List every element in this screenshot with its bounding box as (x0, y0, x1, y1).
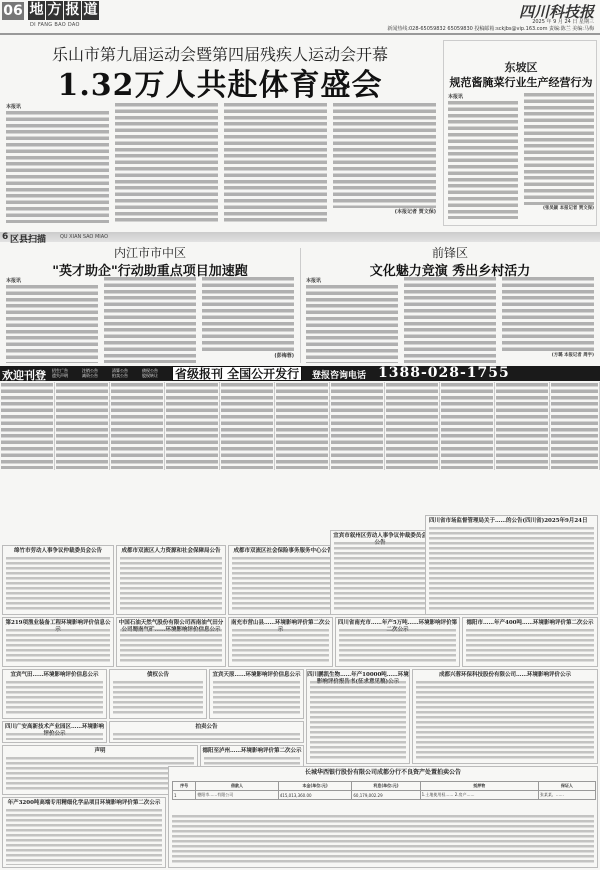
text-lines (306, 285, 398, 363)
classified-column (440, 382, 495, 470)
text-lines (276, 383, 328, 469)
text-lines (6, 111, 109, 223)
table-header-row: 序号 借款人 本金(单位:元) 利息(单位:元) 抵押物 保证人 (173, 782, 596, 791)
legal-notice: 债权公告 (109, 669, 207, 719)
table-header: 本金(单位:元) (278, 782, 352, 791)
notice-title: 成都兴蓉环保科技股份有限公司……环境影响评价公示 (413, 672, 597, 679)
section-char: 方 (46, 1, 63, 20)
text-lines (551, 383, 598, 469)
byline: 本报讯 (6, 278, 21, 284)
lead-column: (本报记者 贾文保) (333, 103, 436, 223)
notice-body (6, 681, 103, 716)
text-lines (221, 383, 273, 469)
notice-title: 长城华西银行股份有限公司成都分行不良资产处置拍卖公告 (169, 769, 597, 776)
text-lines (104, 277, 196, 363)
text-lines (386, 383, 438, 469)
classified-column (165, 382, 220, 470)
text-lines (441, 383, 493, 469)
article-body: 本报讯 (方璐 本报记者 周宇) (306, 277, 594, 363)
side-headline: 规范酱腌菜行业生产经营行为 (444, 74, 598, 90)
notice-title: 成都市双流区人力资源和社会保障局公告 (117, 548, 225, 555)
notice-title: 德阳市……年产400吨……环境影响评价第二次公示 (463, 620, 597, 627)
article-district: 内江市市中区 (0, 244, 300, 261)
legal-notice: 南充市营山县……环境影响评价第二次公示 (228, 617, 333, 667)
ad-category: 遗失声明 (52, 373, 68, 378)
legal-notice: 德阳市……年产400吨……环境影响评价第二次公示 (462, 617, 598, 667)
reporter-credit: (张吴颖 本报记者 贾文保) (524, 205, 594, 211)
table-cell: 1 (173, 791, 196, 800)
notice-body (6, 733, 103, 740)
section-title: 地 方 报 道 (28, 1, 99, 20)
notice-body (6, 629, 110, 664)
classified-column (275, 382, 330, 470)
article-body: 本报讯 (彭梅蓉) (6, 277, 294, 363)
legal-notice: 绵竹市劳动人事争议仲裁委员会公告 (2, 545, 114, 615)
notice-body (120, 629, 222, 664)
notice-body (339, 629, 456, 664)
notice-body (6, 557, 110, 612)
text-lines (502, 277, 594, 352)
classified-column (330, 382, 385, 470)
notice-body (232, 557, 334, 612)
notice-body (120, 557, 222, 612)
legal-notice: 四川省南充市……年产5万吨……环境影响评价第二次公示 (335, 617, 460, 667)
ad-category: 拍卖公告 (112, 373, 128, 378)
legal-notice: 四川广安高新技术产业园区……环境影响评价公示 (2, 721, 107, 743)
notice-body (213, 681, 300, 716)
table-header: 借款人 (196, 782, 278, 791)
lead-column (115, 103, 218, 223)
notice-title: 德阳至泸州……环境影响评价第二次公示 (201, 748, 303, 755)
legal-notice: 成都兴蓉环保科技股份有限公司……环境影响评价公示 (412, 669, 598, 764)
side-column: 本报讯 (448, 93, 518, 221)
notice-body (429, 527, 594, 612)
legal-notice: 四川鹏凯生物……年产10000吨……环境影响评价报告书(征求意见稿)公示 (306, 669, 410, 764)
side-story: 东坡区 规范酱腌菜行业生产经营行为 本报讯 (张吴颖 本报记者 贾文保) (443, 40, 597, 226)
notice-body (310, 681, 406, 761)
page-number: 06 (2, 2, 24, 20)
section-char: 报 (64, 1, 81, 20)
ad-category: 股权转让 (142, 373, 158, 378)
legal-notice: 四川省市场监督管理局关于……的公告(四川省)2025年9月24日 (425, 515, 598, 615)
header-rule (0, 33, 600, 35)
text-lines (448, 101, 518, 219)
reporter-credit: (彭梅蓉) (202, 352, 294, 359)
text-lines (404, 277, 496, 363)
notice-body (416, 681, 594, 761)
text-lines (115, 103, 218, 223)
lead-column (224, 103, 327, 223)
newspaper-page: 06 地 方 报 道 DI FANG BAO DAO 四川科技报 2025 年 … (0, 0, 600, 870)
text-lines (56, 383, 108, 469)
text-lines (224, 103, 327, 223)
classified-column (55, 382, 110, 470)
ad-category: 减资公告 (82, 373, 98, 378)
table-header: 抵押物 (420, 782, 538, 791)
notice-body (334, 542, 426, 612)
contact-info: 新闻热线:028-65059832 65059830 投稿邮箱:sckjbs@v… (387, 25, 594, 32)
classified-column (550, 382, 600, 470)
text-lines (331, 383, 383, 469)
side-district: 东坡区 (444, 59, 598, 75)
masthead: 06 地 方 报 道 DI FANG BAO DAO 四川科技报 2025 年 … (0, 0, 600, 34)
ad-phone-label: 登报咨询电话 (312, 368, 366, 381)
table-cell: 1.土地使用权…… 2.房产…… (420, 791, 538, 800)
classified-column (495, 382, 550, 470)
side-body: 本报讯 (张吴颖 本报记者 贾文保) (448, 93, 594, 221)
section-pinyin: DI FANG BAO DAO (30, 22, 80, 28)
table-cell: 415,013,360.00 (278, 791, 352, 800)
notice-body (172, 815, 594, 865)
ad-slogan: 省级报刊 全国公开发行 (172, 366, 302, 381)
issue-date: 2025 年 9 月 24 日 星期三 (532, 18, 594, 25)
article-column: 本报讯 (6, 277, 98, 363)
notice-title: 宜宾气田……环境影响评价信息公示 (3, 672, 106, 679)
article-column: (彭梅蓉) (202, 277, 294, 363)
section-band-number: 6 (2, 232, 8, 242)
ad-welcome: 欢迎刊登 (2, 367, 46, 383)
legal-notice: 宜宾天原……环境影响评价信息公示 (209, 669, 304, 719)
legal-notice: 第219项渔业装备工程环境影响评价信息公示 (2, 617, 114, 667)
notice-body (6, 809, 162, 865)
section-band-pinyin: QU XIAN SAO MIAO (60, 234, 108, 240)
text-lines (524, 93, 594, 205)
notice-title: 四川省市场监督管理局关于……的公告(四川省)2025年9月24日 (426, 518, 597, 525)
asset-table: 序号 借款人 本金(单位:元) 利息(单位:元) 抵押物 保证人 1 德阳市……… (172, 781, 596, 800)
table-header: 利息(单位:元) (352, 782, 420, 791)
legal-notice: 中国石油天然气股份有限公司西南油气田分公司蜀南气矿……环境影响评价信息公示 (116, 617, 226, 667)
table-cell: 张某某、…… (538, 791, 595, 800)
bank-auction-notice: 长城华西银行股份有限公司成都分行不良资产处置拍卖公告 序号 借款人 本金(单位:… (168, 766, 598, 868)
legal-notice: 宜宾市叙州区劳动人事争议仲裁委员会公告 (330, 530, 430, 615)
article-column (404, 277, 496, 363)
article-column (104, 277, 196, 363)
table-cell: 德阳市……有限公司 (196, 791, 278, 800)
lead-column: 本报讯 (6, 103, 109, 223)
reporter-credit: (方璐 本报记者 周宇) (502, 352, 594, 358)
notice-title: 绵竹市劳动人事争议仲裁委员会公告 (3, 548, 113, 555)
table-header: 保证人 (538, 782, 595, 791)
ad-phone-number: 1388-028-1755 (378, 365, 510, 381)
legal-notice: 年产3200吨高端专用精细化学品项目环境影响评价第二次公示 (2, 797, 166, 868)
legal-notice: 成都市双流区社会保险事务服务中心公告 (228, 545, 338, 615)
byline: 本报讯 (448, 94, 463, 100)
text-lines (333, 103, 436, 208)
legal-notice: 成都市双流区人力资源和社会保障局公告 (116, 545, 226, 615)
classified-column (110, 382, 165, 470)
notice-title: 债权公告 (110, 672, 206, 679)
text-lines (1, 383, 53, 469)
text-lines (496, 383, 548, 469)
notice-title: 年产3200吨高端专用精细化学品项目环境影响评价第二次公示 (3, 800, 165, 807)
classified-column (385, 382, 440, 470)
lead-body: 本报讯 (本报记者 贾文保) (6, 103, 436, 223)
byline: 本报讯 (6, 104, 21, 110)
article-district: 前锋区 (300, 244, 600, 261)
lead-headline: 1.32万人共赴体育盛会 (0, 60, 440, 104)
notice-title: 声明 (3, 748, 197, 755)
notice-body (466, 629, 594, 664)
notice-body (113, 733, 300, 740)
side-column: (张吴颖 本报记者 贾文保) (524, 93, 594, 221)
section-char: 道 (82, 1, 99, 20)
notice-title: 拍卖公告 (110, 724, 303, 731)
classified-column (0, 382, 55, 470)
article-column: 本报讯 (306, 277, 398, 363)
notice-title: 成都市双流区社会保险事务服务中心公告 (229, 548, 337, 555)
text-lines (6, 285, 98, 363)
notice-body (232, 629, 329, 664)
classified-column (220, 382, 275, 470)
legal-notice: 拍卖公告 (109, 721, 304, 743)
table-cell: 60,179,002.29 (352, 791, 420, 800)
reporter-credit: (本报记者 贾文保) (333, 208, 436, 215)
article-column: (方璐 本报记者 周宇) (502, 277, 594, 363)
notice-body (6, 757, 194, 792)
text-lines (202, 277, 294, 352)
table-header: 序号 (173, 782, 196, 791)
text-lines (166, 383, 218, 469)
section-char: 地 (28, 1, 45, 20)
legal-notice: 宜宾气田……环境影响评价信息公示 (2, 669, 107, 719)
text-lines (111, 383, 163, 469)
notice-title: 宜宾天原……环境影响评价信息公示 (210, 672, 303, 679)
table-row: 1 德阳市……有限公司 415,013,360.00 60,179,002.29… (173, 791, 596, 800)
notice-body (113, 681, 203, 716)
byline: 本报讯 (306, 278, 321, 284)
